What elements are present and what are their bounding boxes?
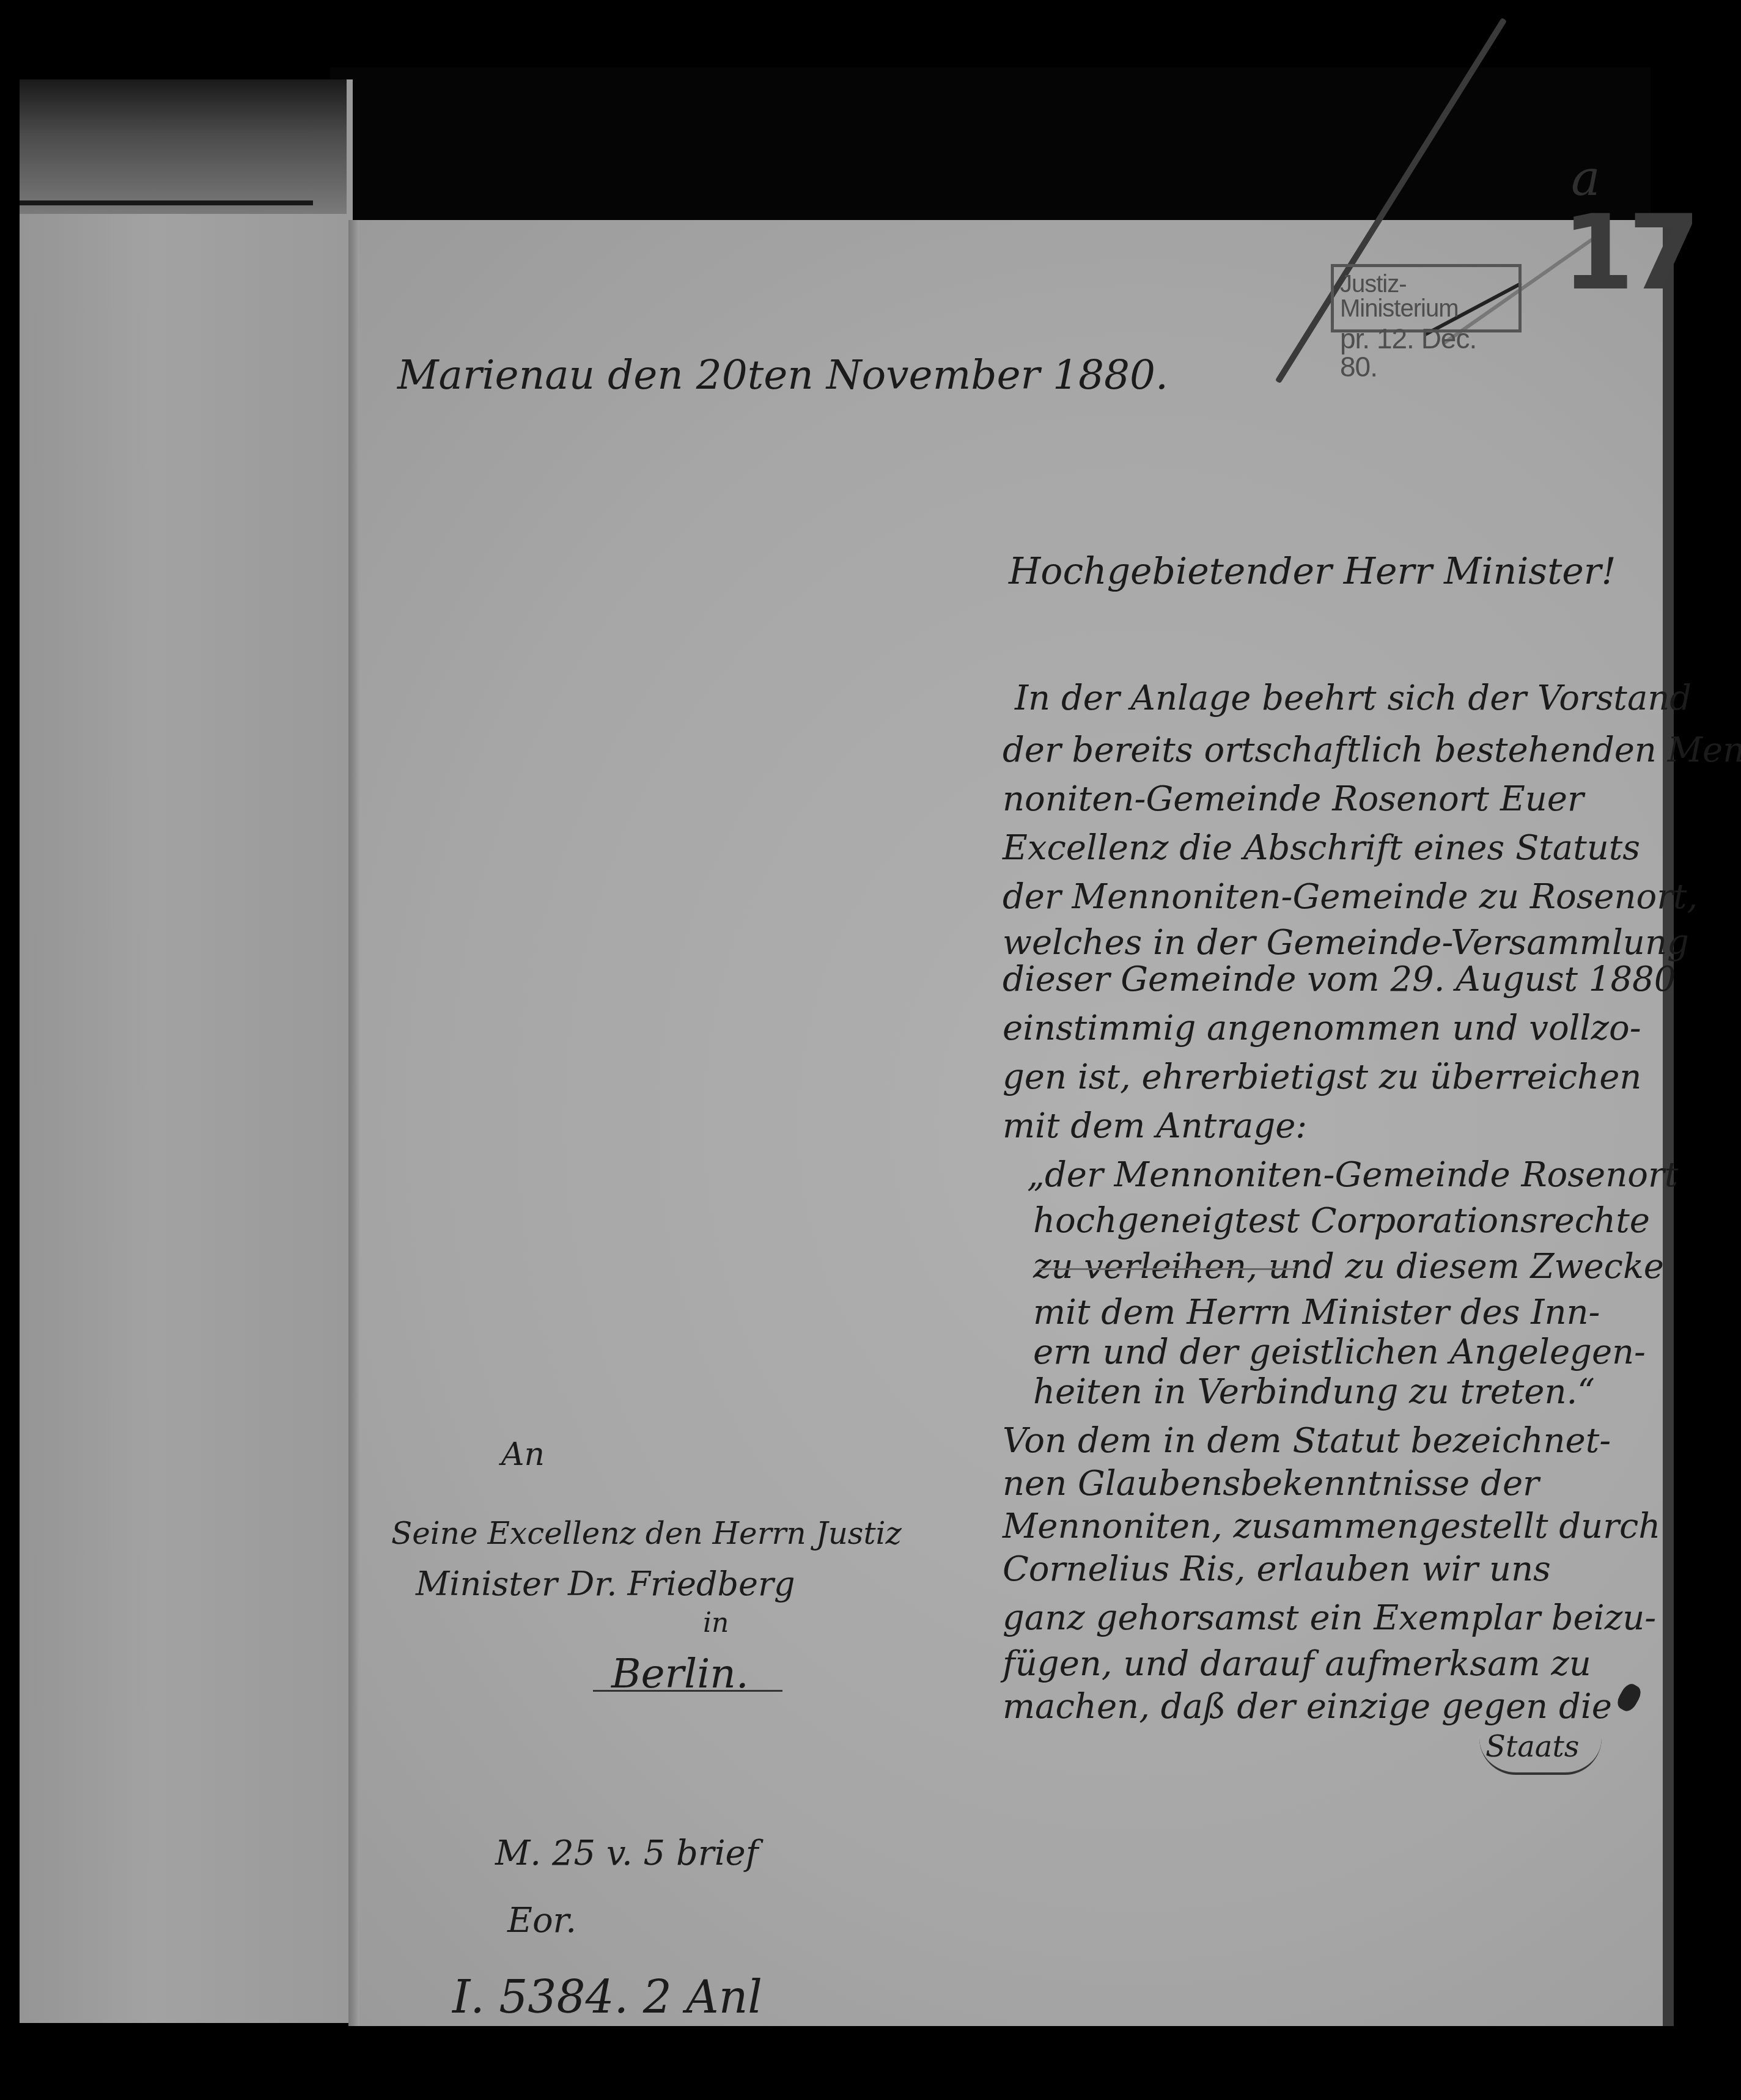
stamp-ministry-name: Justiz-Ministerium xyxy=(1340,272,1512,321)
continuation-line: Mennoniten, zusammengestellt durch xyxy=(1003,1507,1660,1546)
petition-line: mit dem Herrn Minister des Inn- xyxy=(1033,1293,1600,1332)
continuation-line: Cornelius Ris, erlauben wir uns xyxy=(1003,1549,1551,1589)
ministry-receipt-stamp: Justiz-Ministerium pr. 12. Dec. 80. xyxy=(1331,264,1522,332)
body-line: einstimmig angenommen und vollzo- xyxy=(1003,1008,1641,1048)
petition-line: „der Mennoniten-Gemeinde Rosenort xyxy=(1027,1155,1678,1195)
body-line: mit dem Antrage: xyxy=(1003,1106,1307,1146)
address-line-1: Seine Excellenz den Herrn Justiz xyxy=(391,1516,902,1551)
annotation-note-1: M. 25 v. 5 brief xyxy=(495,1834,758,1873)
folder-cover-shadow xyxy=(20,79,347,214)
body-line: welches in der Gemeinde-Versammlung xyxy=(1003,923,1689,963)
salutation: Hochgebietender Herr Minister! xyxy=(1009,550,1616,593)
folder-crease xyxy=(20,200,313,205)
body-line: Excellenz die Abschrift eines Statuts xyxy=(1003,828,1640,868)
address-line-2: Minister Dr. Friedberg xyxy=(416,1565,795,1603)
continuation-line: fügen, und darauf aufmerksam zu xyxy=(1003,1644,1591,1684)
body-line: dieser Gemeinde vom 29. August 1880 xyxy=(1003,960,1676,999)
scan-background-top xyxy=(330,67,1651,220)
folio-number: 17 xyxy=(1562,193,1695,314)
scanned-document: Justiz-Ministerium pr. 12. Dec. 80. a 17… xyxy=(0,0,1741,2100)
catchword-flourish xyxy=(1479,1736,1602,1775)
city-underline xyxy=(593,1690,782,1692)
continuation-line: machen, daß der einzige gegen die xyxy=(1003,1687,1612,1727)
body-line: der bereits ortschaftlich bestehenden Me… xyxy=(1003,730,1741,770)
continuation-line: nen Glaubensbekenntnisse der xyxy=(1003,1464,1539,1503)
address-line-3: in xyxy=(703,1607,729,1639)
body-line: In der Anlage beehrt sich der Vorstand xyxy=(1015,678,1691,718)
petition-line: heiten in Verbindung zu treten.“ xyxy=(1033,1372,1595,1412)
stamp-received-date: pr. 12. Dec. 80. xyxy=(1340,325,1512,381)
petition-line: hochgeneigtest Corporationsrechte xyxy=(1033,1201,1650,1241)
dateline: Marienau den 20ten November 1880. xyxy=(397,351,1168,398)
body-line: gen ist, ehrerbietigst zu überreichen xyxy=(1003,1057,1641,1097)
folder-cover-strip xyxy=(20,79,353,2023)
annotation-note-2: Eor. xyxy=(507,1901,576,1940)
file-number: I. 5384. 2 Anl xyxy=(452,1971,762,2024)
petition-line: ern und der geistlichen Angelegen- xyxy=(1033,1332,1646,1372)
page-binding-edge xyxy=(348,220,359,2026)
body-line: der Mennoniten-Gemeinde zu Rosenort, xyxy=(1003,877,1698,917)
continuation-line: ganz gehorsamst ein Exemplar beizu- xyxy=(1003,1598,1656,1638)
address-prefix: An xyxy=(501,1436,545,1473)
body-line: noniten-Gemeinde Rosenort Euer xyxy=(1003,779,1584,819)
petition-line: zu verleihen, und zu diesem Zwecke xyxy=(1033,1247,1664,1287)
continuation-line: Von dem in dem Statut bezeichnet- xyxy=(1003,1421,1611,1461)
pencil-underline xyxy=(1039,1268,1296,1270)
